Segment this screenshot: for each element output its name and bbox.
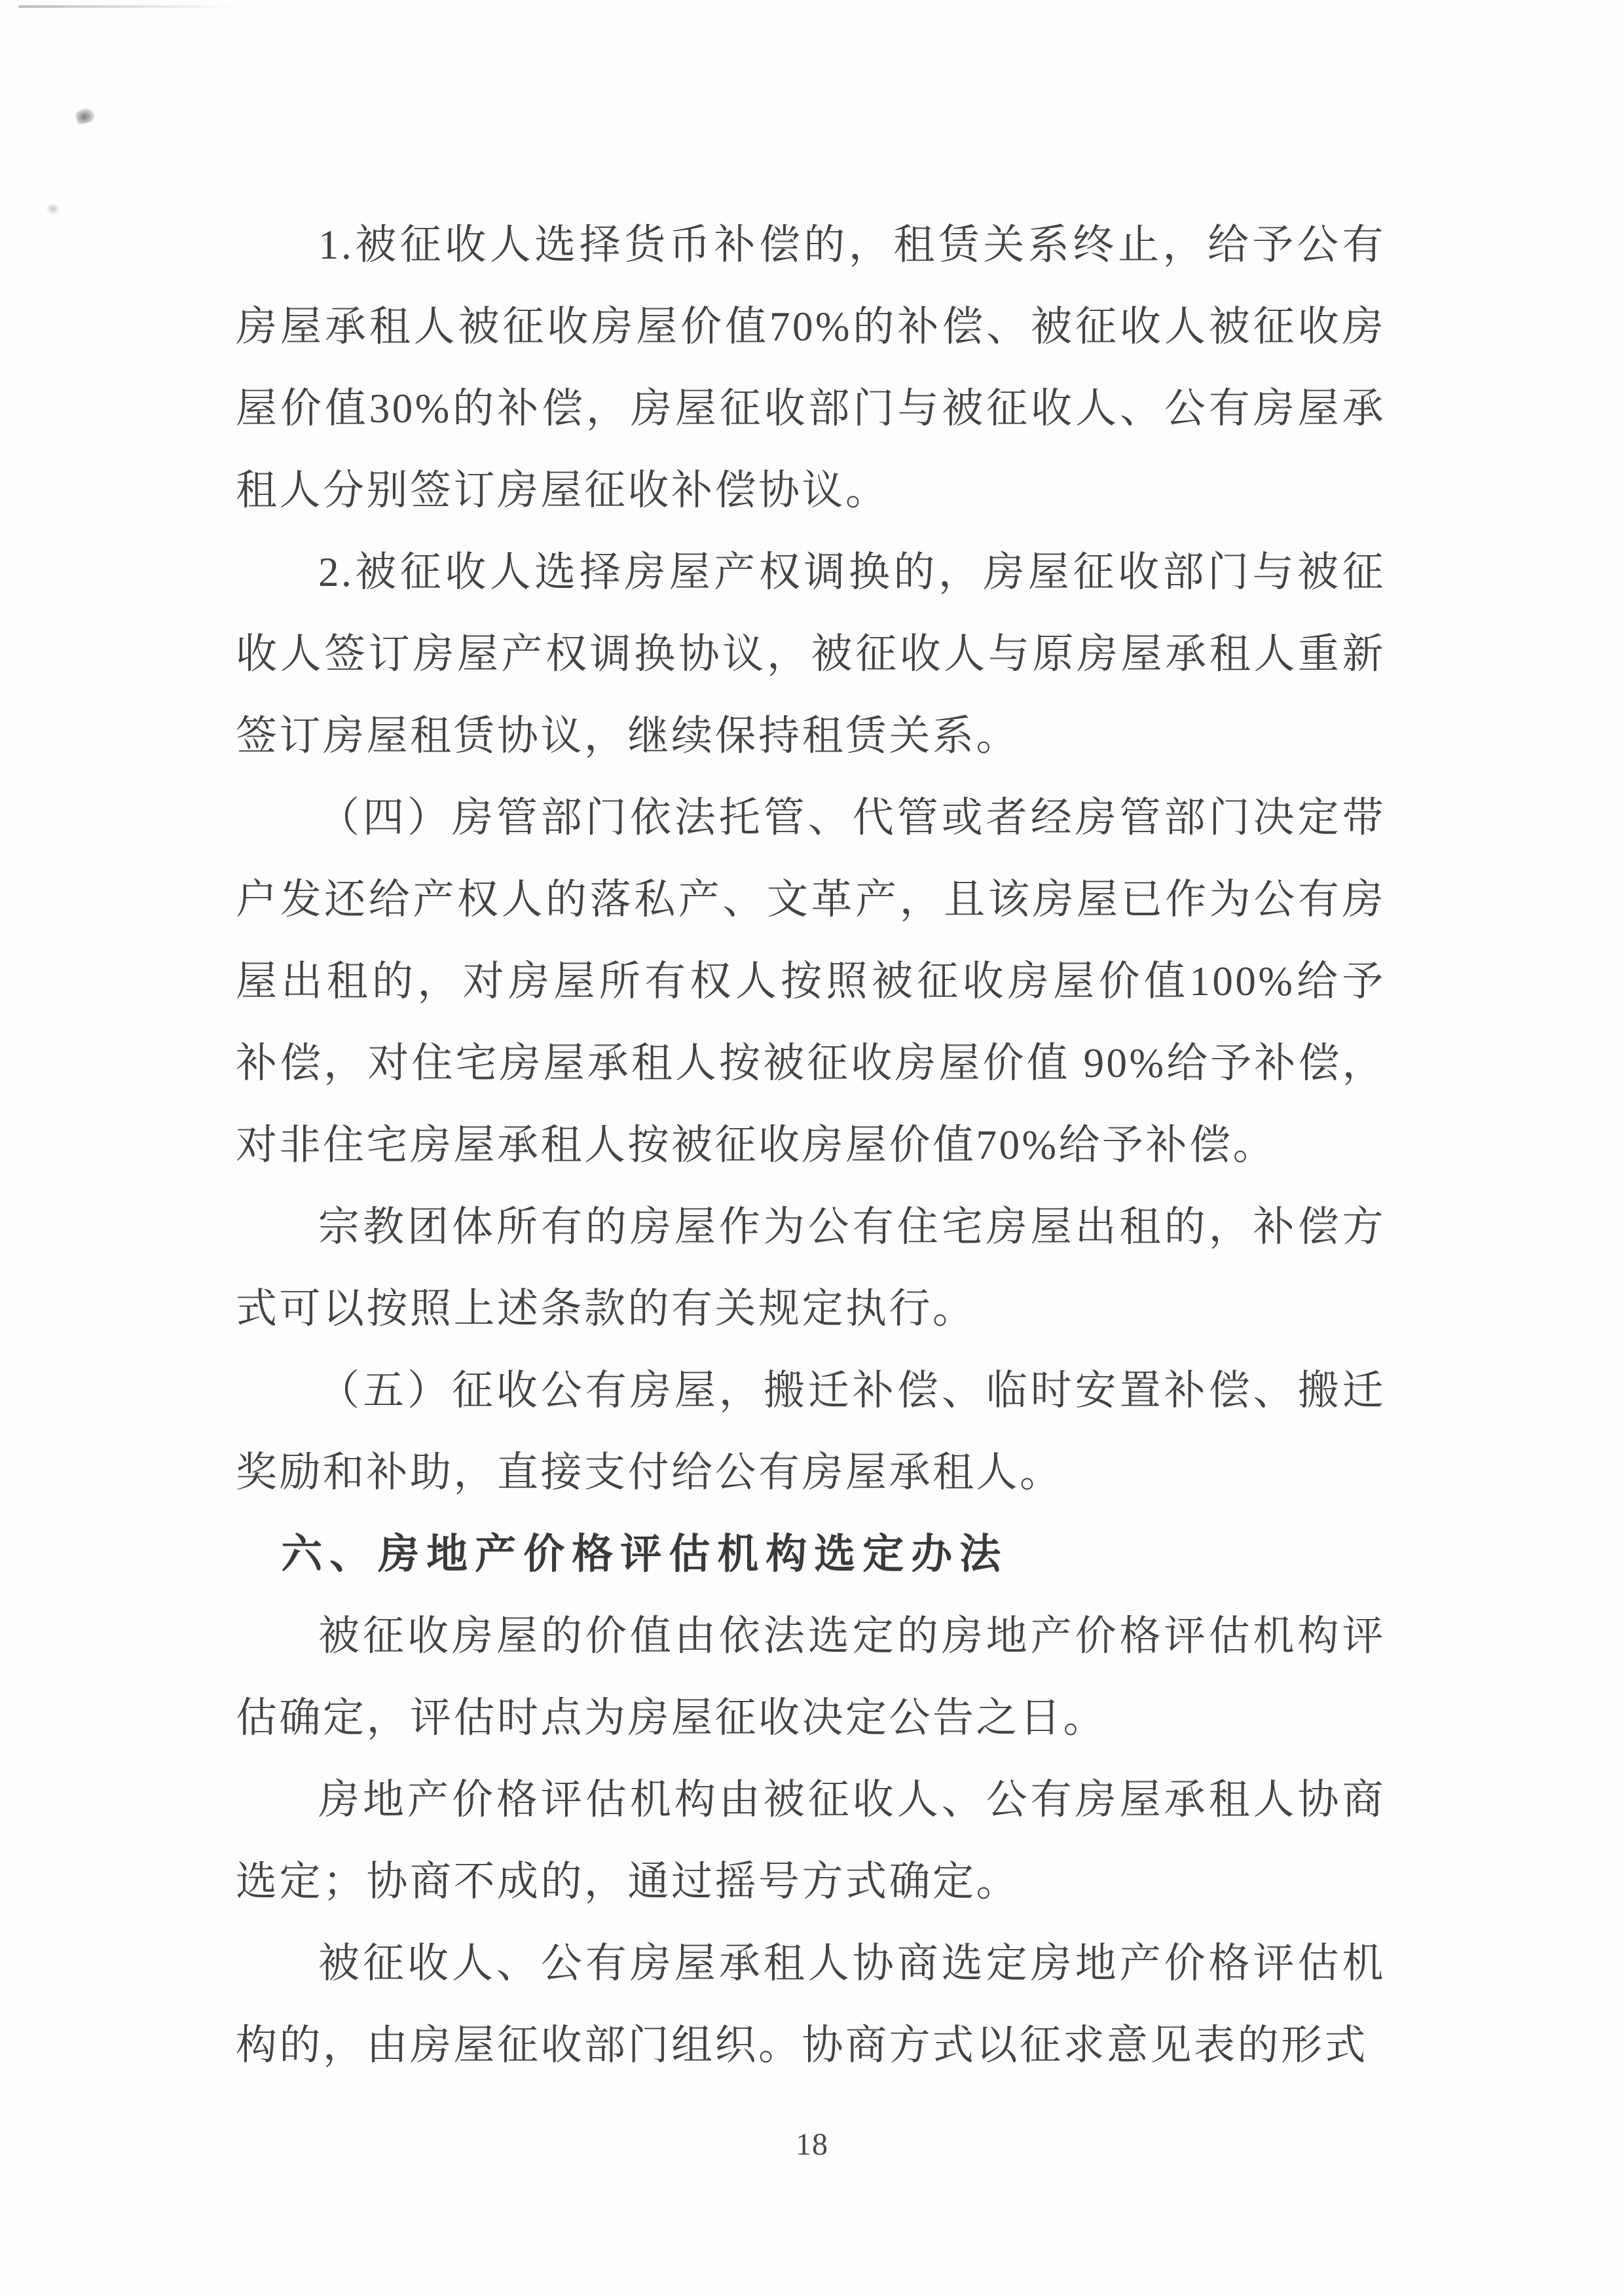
paragraph-agency-selection: 房地产价格评估机构由被征收人、公有房屋承租人协商选定；协商不成的，通过摇号方式确… [236, 1759, 1386, 1923]
paragraph-item-2: 2.被征收人选择房屋产权调换的，房屋征收部门与被征收人签订房屋产权调换协议，被征… [236, 532, 1386, 777]
section-heading-6: 六、房地产价格评估机构选定办法 [236, 1514, 1386, 1595]
scanned-document-page: 1.被征收人选择货币补偿的，租赁关系终止，给予公有房屋承租人被征收房屋价值70%… [0, 0, 1624, 2296]
paragraph-clause-5: （五）征收公有房屋，搬迁补偿、临时安置补偿、搬迁奖励和补助，直接支付给公有房屋承… [236, 1350, 1386, 1514]
scan-smudge-icon [75, 107, 96, 125]
paragraph-religious-groups: 宗教团体所有的房屋作为公有住宅房屋出租的，补偿方式可以按照上述条款的有关规定执行… [236, 1186, 1386, 1350]
paragraph-consultation-form: 被征收人、公有房屋承租人协商选定房地产价格评估机构的，由房屋征收部门组织。协商方… [236, 1923, 1386, 2086]
document-body: 1.被征收人选择货币补偿的，租赁关系终止，给予公有房屋承租人被征收房屋价值70%… [236, 204, 1386, 2086]
paragraph-clause-4: （四）房管部门依法托管、代管或者经房管部门决定带户发还给产权人的落私产、文革产，… [236, 777, 1386, 1186]
paragraph-item-1: 1.被征收人选择货币补偿的，租赁关系终止，给予公有房屋承租人被征收房屋价值70%… [236, 204, 1386, 532]
page-number: 18 [0, 2126, 1624, 2163]
scan-smudge-icon [45, 202, 61, 216]
paragraph-valuation-basis: 被征收房屋的价值由依法选定的房地产价格评估机构评估确定，评估时点为房屋征收决定公… [236, 1595, 1386, 1759]
scan-artifact-line [18, 5, 234, 8]
